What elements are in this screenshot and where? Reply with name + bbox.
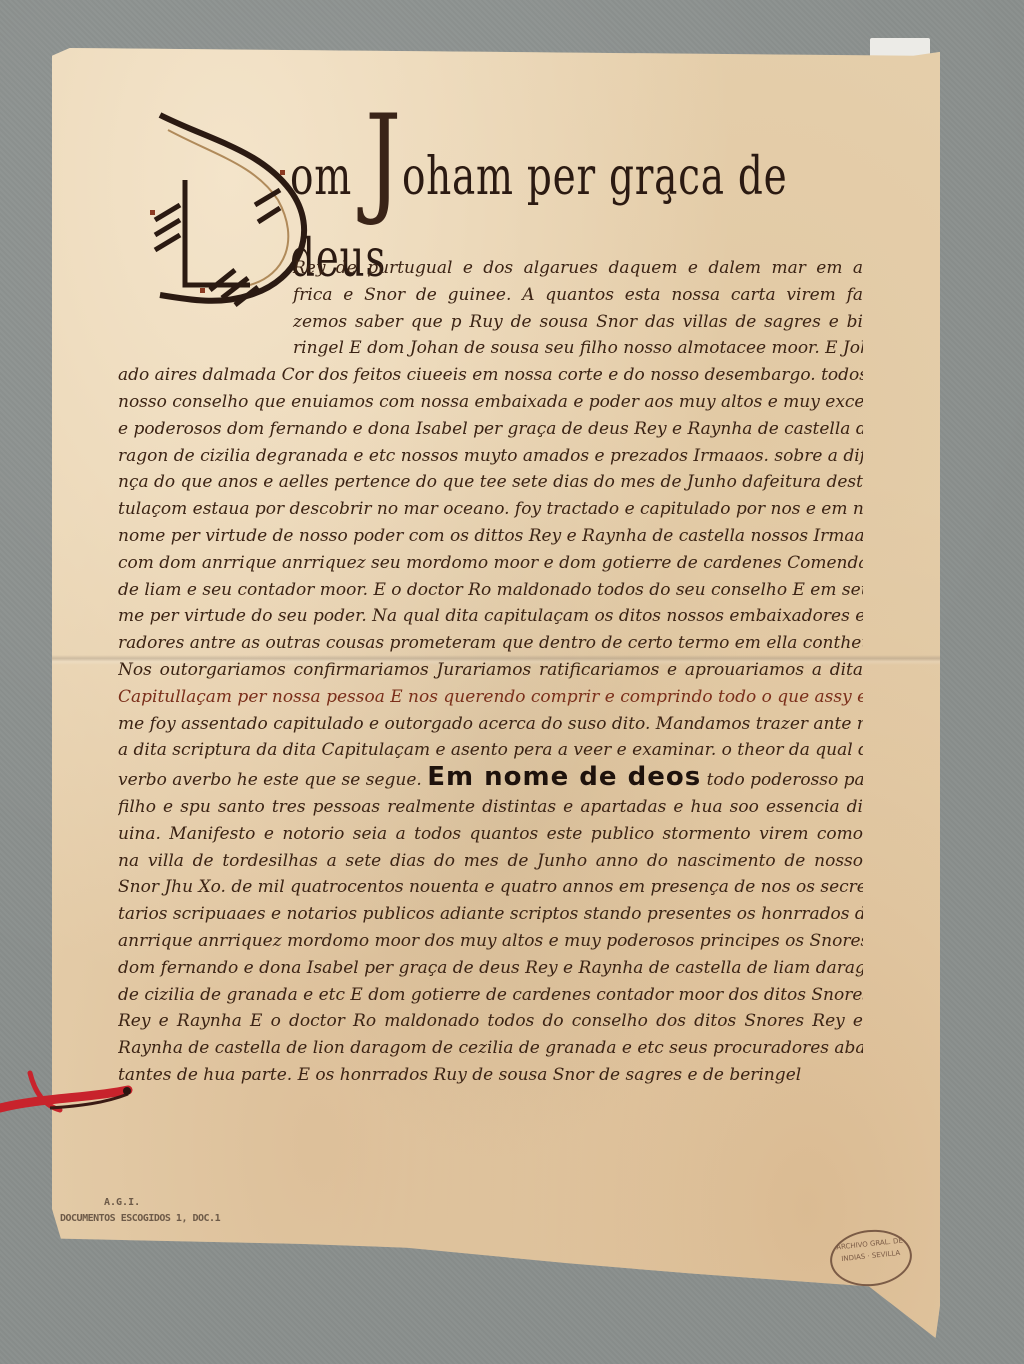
text-line: Capitullaçam per nossa pessoa E nos quer… bbox=[118, 684, 863, 711]
catalog-reference: DOCUMENTOS ESCOGIDOS 1, DOC.1 bbox=[60, 1213, 220, 1224]
text-line: tantes de hua parte. E os honrrados Ruy … bbox=[118, 1062, 863, 1089]
text-line: anrrique anrriquez mordomo moor dos muy … bbox=[118, 928, 863, 955]
manuscript-body: Rey de purtugual e dos algarues daquem e… bbox=[118, 255, 863, 1089]
text-line: filho e spu santo tres pessoas realmente… bbox=[118, 794, 863, 821]
text-line: me per virtude do seu poder. Na qual dit… bbox=[118, 603, 863, 630]
text-line: de liam e seu contador moor. E o doctor … bbox=[118, 577, 863, 604]
text-line: ringel E dom Johan de sousa seu filho no… bbox=[118, 335, 863, 362]
text-line: me foy assentado capitulado e outorgado … bbox=[118, 711, 863, 738]
text-line: Nos outorgariamos confirmariamos Juraria… bbox=[118, 657, 863, 684]
text-line: ragon de cizilia degranada e etc nossos … bbox=[118, 443, 863, 470]
text-line: radores antre as outras cousas prometera… bbox=[118, 630, 863, 657]
text-line: zemos saber que p Ruy de sousa Snor das … bbox=[118, 309, 863, 336]
text-line: nosso conselho que enuiamos com nossa em… bbox=[118, 389, 863, 416]
text-line: nça do que anos e aelles pertence do que… bbox=[118, 469, 863, 496]
emphasized-phrase: Em nome de deos bbox=[427, 764, 701, 792]
text-line: tulaçom estaua por descobrir no mar ocea… bbox=[118, 496, 863, 523]
text-line: Rey de purtugual e dos algarues daquem e… bbox=[118, 255, 863, 282]
heading-large-j: J bbox=[365, 90, 402, 229]
text-line: com dom anrrique anrriquez seu mordomo m… bbox=[118, 550, 863, 577]
text-line: ado aires dalmada Cor dos feitos ciueeis… bbox=[118, 362, 863, 389]
text-fragment: verbo averbo he este que se segue. bbox=[118, 770, 422, 790]
text-line: frica e Snor de guinee. A quantos esta n… bbox=[118, 282, 863, 309]
text-line: a dita scriptura da dita Capitulaçam e a… bbox=[118, 737, 863, 764]
text-line-with-emphasis: verbo averbo he este que se segue. Em no… bbox=[118, 764, 863, 794]
text-line: de cizilia de granada e etc E dom gotier… bbox=[118, 982, 863, 1009]
heading-text-1: om bbox=[290, 147, 365, 207]
text-line: uina. Manifesto e notorio seia a todos q… bbox=[118, 821, 863, 848]
text-line: nome per virtude de nosso poder com os d… bbox=[118, 523, 863, 550]
text-line: tarios scripuaaes e notarios publicos ad… bbox=[118, 901, 863, 928]
text-line: Raynha de castella de lion daragom de ce… bbox=[118, 1035, 863, 1062]
text-line: Snor Jhu Xo. de mil quatrocentos nouenta… bbox=[118, 874, 863, 901]
text-line: e poderosos dom fernando e dona Isabel p… bbox=[118, 416, 863, 443]
text-line: Rey e Raynha E o doctor Ro maldonado tod… bbox=[118, 1008, 863, 1035]
archive-mark: A.G.I. bbox=[104, 1197, 140, 1208]
text-line: na villa de tordesilhas a sete dias do m… bbox=[118, 848, 863, 875]
red-thread-binding-icon bbox=[0, 1068, 140, 1148]
text-line: dom fernando e dona Isabel per graça de … bbox=[118, 955, 863, 982]
text-fragment: todo poderosso padre bbox=[707, 770, 863, 790]
